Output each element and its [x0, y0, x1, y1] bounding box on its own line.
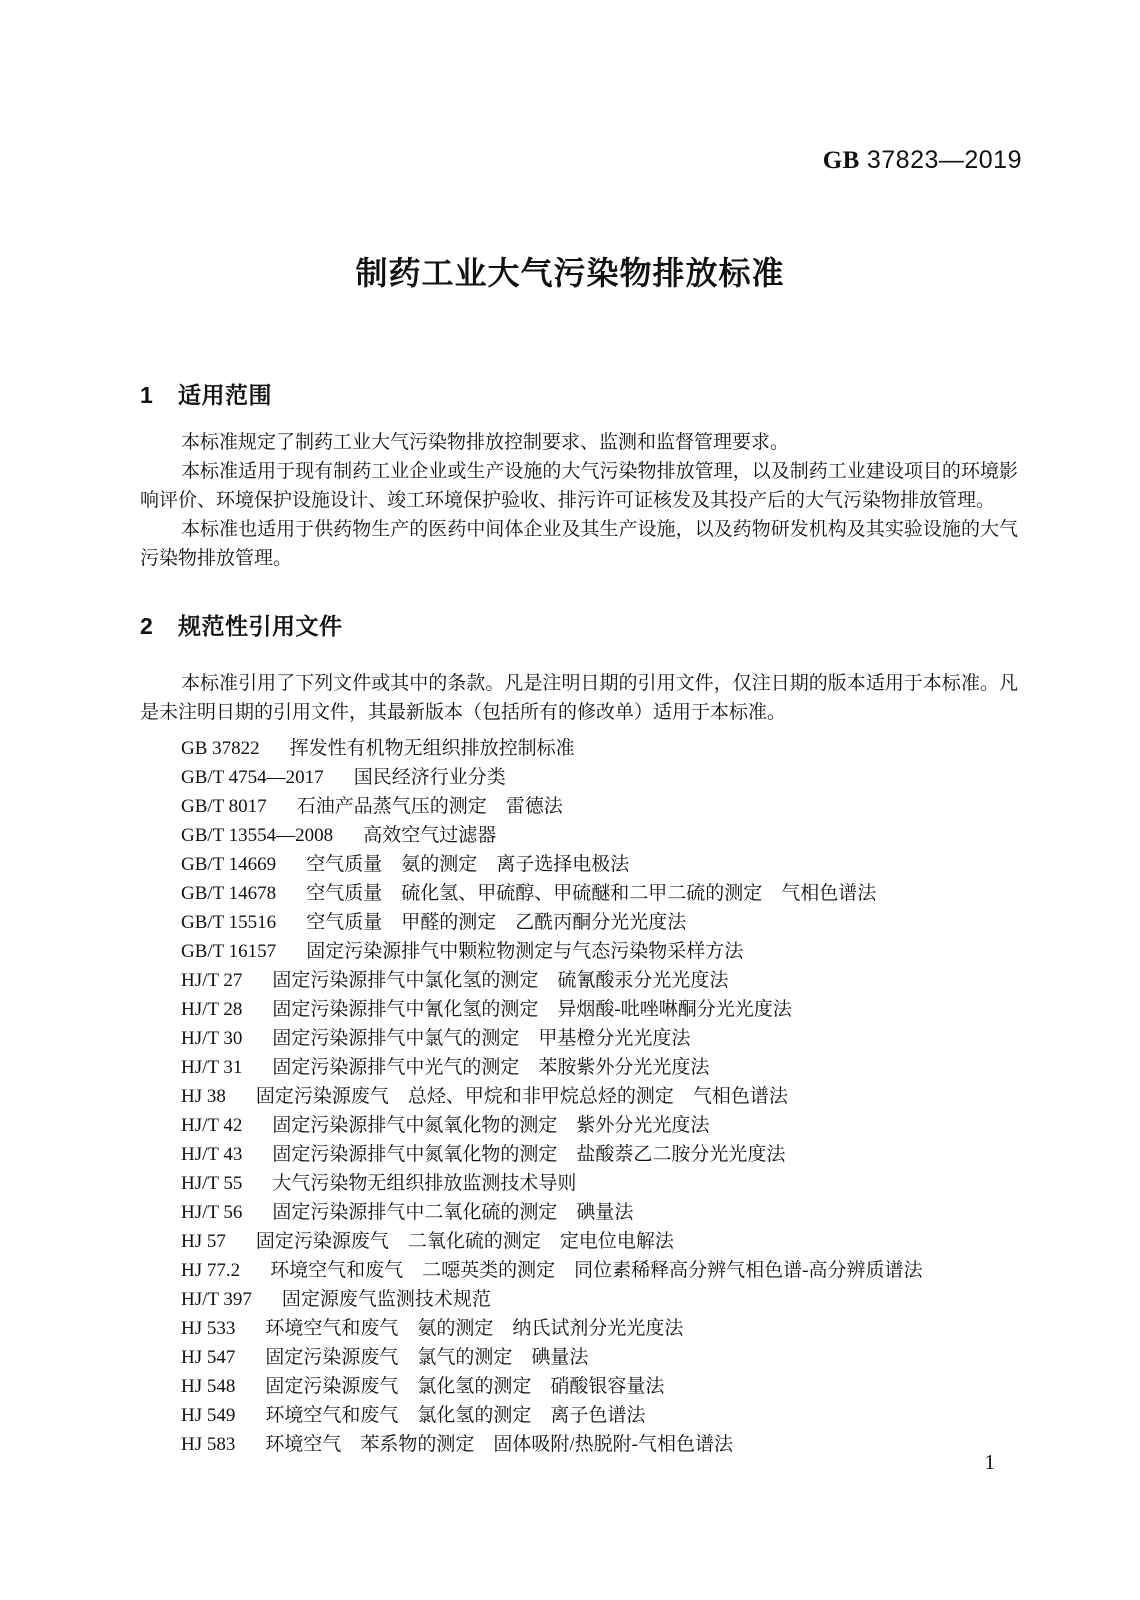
reference-code: GB/T 4754—2017 [181, 767, 324, 788]
reference-item: HJ/T 30固定污染源排气中氯气的测定 甲基橙分光光度法 [181, 1024, 1018, 1053]
reference-item: HJ/T 28固定污染源排气中氰化氢的测定 异烟酸-吡唑啉酮分光光度法 [181, 995, 1018, 1024]
section-2-heading: 2规范性引用文件 [140, 611, 1018, 641]
reference-code: HJ 583 [181, 1434, 235, 1455]
reference-item: HJ 548固定污染源废气 氯化氢的测定 硝酸银容量法 [181, 1372, 1018, 1401]
reference-item: HJ 57固定污染源废气 二氧化硫的测定 定电位电解法 [181, 1227, 1018, 1256]
reference-code: HJ 77.2 [181, 1260, 240, 1281]
reference-item: HJ/T 55大气污染物无组织排放监测技术导则 [181, 1169, 1018, 1198]
document-title: 制药工业大气污染物排放标准 [0, 248, 1140, 294]
reference-code: HJ/T 27 [181, 970, 242, 991]
reference-item: HJ/T 42固定污染源排气中氮氧化物的测定 紫外分光光度法 [181, 1111, 1018, 1140]
reference-title: 挥发性有机物无组织排放控制标准 [290, 738, 575, 759]
reference-item: GB/T 14678空气质量 硫化氢、甲硫醇、甲硫醚和二甲二硫的测定 气相色谱法 [181, 879, 1018, 908]
reference-item: GB/T 8017石油产品蒸气压的测定 雷德法 [181, 792, 1018, 821]
reference-code: HJ/T 31 [181, 1057, 242, 1078]
reference-title: 环境空气 苯系物的测定 固体吸附/热脱附-气相色谱法 [265, 1434, 733, 1455]
document-page: GB37823—2019 制药工业大气污染物排放标准 1适用范围 本标准规定了制… [0, 0, 1140, 1600]
reference-code: HJ 533 [181, 1318, 235, 1339]
reference-item: GB/T 4754—2017国民经济行业分类 [181, 763, 1018, 792]
reference-title: 固定污染源排气中氯化氢的测定 硫氰酸汞分光光度法 [272, 970, 728, 991]
reference-item: HJ/T 43固定污染源排气中氮氧化物的测定 盐酸萘乙二胺分光光度法 [181, 1140, 1018, 1169]
reference-code: GB/T 13554—2008 [181, 825, 333, 846]
reference-title: 固定污染源排气中氮氧化物的测定 盐酸萘乙二胺分光光度法 [272, 1144, 785, 1165]
section-1-heading: 1适用范围 [140, 380, 1018, 410]
reference-code: HJ/T 42 [181, 1115, 242, 1136]
reference-code: GB/T 14678 [181, 883, 276, 904]
reference-item: HJ 77.2环境空气和废气 二噁英类的测定 同位素稀释高分辨气相色谱-高分辨质… [181, 1256, 1018, 1285]
reference-title: 空气质量 甲醛的测定 乙酰丙酮分光光度法 [306, 912, 686, 933]
reference-title: 环境空气和废气 二噁英类的测定 同位素稀释高分辨气相色谱-高分辨质谱法 [270, 1260, 922, 1281]
reference-code: HJ/T 55 [181, 1173, 242, 1194]
reference-title: 固定污染源废气 氯气的测定 碘量法 [265, 1347, 588, 1368]
reference-code: GB/T 8017 [181, 796, 267, 817]
reference-title: 固定污染源排气中颗粒物测定与气态污染物采样方法 [306, 941, 743, 962]
scope-paragraph-3: 本标准也适用于供药物生产的医药中间体企业及其生产设施，以及药物研发机构及其实验设… [140, 515, 1018, 573]
reference-title: 高效空气过滤器 [363, 825, 496, 846]
references-intro-paragraph: 本标准引用了下列文件或其中的条款。凡是注明日期的引用文件，仅注日期的版本适用于本… [140, 669, 1018, 727]
reference-title: 固定污染源排气中氰化氢的测定 异烟酸-吡唑啉酮分光光度法 [272, 999, 791, 1020]
reference-item: HJ 533环境空气和废气 氨的测定 纳氏试剂分光光度法 [181, 1314, 1018, 1343]
reference-item: GB/T 14669空气质量 氨的测定 离子选择电极法 [181, 850, 1018, 879]
reference-title: 固定污染源废气 总烃、甲烷和非甲烷总烃的测定 气相色谱法 [256, 1086, 788, 1107]
reference-code: HJ 547 [181, 1347, 235, 1368]
reference-title: 固定污染源排气中光气的测定 苯胺紫外分光光度法 [272, 1057, 709, 1078]
reference-code: HJ 548 [181, 1376, 235, 1397]
scope-paragraph-2: 本标准适用于现有制药工业企业或生产设施的大气污染物排放管理，以及制药工业建设项目… [140, 457, 1018, 515]
document-body: 1适用范围 本标准规定了制药工业大气污染物排放控制要求、监测和监督管理要求。 本… [140, 380, 1018, 1459]
reference-item: HJ/T 56固定污染源排气中二氧化硫的测定 碘量法 [181, 1198, 1018, 1227]
reference-code: HJ 549 [181, 1405, 235, 1426]
reference-title: 固定污染源废气 二氧化硫的测定 定电位电解法 [256, 1231, 674, 1252]
reference-title: 固定污染源排气中氯气的测定 甲基橙分光光度法 [272, 1028, 690, 1049]
reference-title: 固定污染源废气 氯化氢的测定 硝酸银容量法 [265, 1376, 664, 1397]
scope-paragraph-1: 本标准规定了制药工业大气污染物排放控制要求、监测和监督管理要求。 [140, 428, 1018, 457]
reference-code: HJ/T 28 [181, 999, 242, 1020]
reference-item: HJ 547固定污染源废气 氯气的测定 碘量法 [181, 1343, 1018, 1372]
reference-title: 固定污染源排气中二氧化硫的测定 碘量法 [272, 1202, 633, 1223]
section-2-number: 2 [140, 611, 154, 641]
reference-title: 国民经济行业分类 [354, 767, 506, 788]
reference-code: GB/T 16157 [181, 941, 276, 962]
reference-item: GB/T 15516空气质量 甲醛的测定 乙酰丙酮分光光度法 [181, 908, 1018, 937]
reference-title: 固定污染源排气中氮氧化物的测定 紫外分光光度法 [272, 1115, 709, 1136]
reference-item: HJ 549环境空气和废气 氯化氢的测定 离子色谱法 [181, 1401, 1018, 1430]
reference-item: HJ 583环境空气 苯系物的测定 固体吸附/热脱附-气相色谱法 [181, 1430, 1018, 1459]
reference-code: HJ 38 [181, 1086, 226, 1107]
reference-title: 环境空气和废气 氯化氢的测定 离子色谱法 [265, 1405, 645, 1426]
reference-code: HJ/T 397 [181, 1289, 252, 1310]
page-number: 1 [985, 1450, 996, 1475]
section-2-title: 规范性引用文件 [178, 613, 343, 639]
reference-item: HJ/T 397固定源废气监测技术规范 [181, 1285, 1018, 1314]
section-1-title: 适用范围 [178, 382, 272, 408]
reference-code: HJ 57 [181, 1231, 226, 1252]
reference-title: 空气质量 氨的测定 离子选择电极法 [306, 854, 629, 875]
reference-code: GB 37822 [181, 738, 260, 759]
reference-title: 石油产品蒸气压的测定 雷德法 [297, 796, 563, 817]
reference-title: 空气质量 硫化氢、甲硫醇、甲硫醚和二甲二硫的测定 气相色谱法 [306, 883, 876, 904]
reference-item: HJ 38固定污染源废气 总烃、甲烷和非甲烷总烃的测定 气相色谱法 [181, 1082, 1018, 1111]
reference-code: HJ/T 30 [181, 1028, 242, 1049]
reference-title: 大气污染物无组织排放监测技术导则 [272, 1173, 576, 1194]
reference-code: HJ/T 56 [181, 1202, 242, 1223]
references-list: GB 37822挥发性有机物无组织排放控制标准GB/T 4754—2017国民经… [140, 734, 1018, 1459]
reference-item: GB 37822挥发性有机物无组织排放控制标准 [181, 734, 1018, 763]
reference-item: HJ/T 31固定污染源排气中光气的测定 苯胺紫外分光光度法 [181, 1053, 1018, 1082]
standard-code-header: GB37823—2019 [823, 146, 1022, 175]
reference-code: GB/T 14669 [181, 854, 276, 875]
reference-code: HJ/T 43 [181, 1144, 242, 1165]
section-1-number: 1 [140, 380, 154, 410]
reference-item: GB/T 16157固定污染源排气中颗粒物测定与气态污染物采样方法 [181, 937, 1018, 966]
reference-item: HJ/T 27固定污染源排气中氯化氢的测定 硫氰酸汞分光光度法 [181, 966, 1018, 995]
reference-title: 固定源废气监测技术规范 [282, 1289, 491, 1310]
standard-org-label: GB [823, 147, 860, 174]
standard-number-label: 37823—2019 [867, 146, 1022, 174]
reference-code: GB/T 15516 [181, 912, 276, 933]
reference-item: GB/T 13554—2008高效空气过滤器 [181, 821, 1018, 850]
reference-title: 环境空气和废气 氨的测定 纳氏试剂分光光度法 [265, 1318, 683, 1339]
